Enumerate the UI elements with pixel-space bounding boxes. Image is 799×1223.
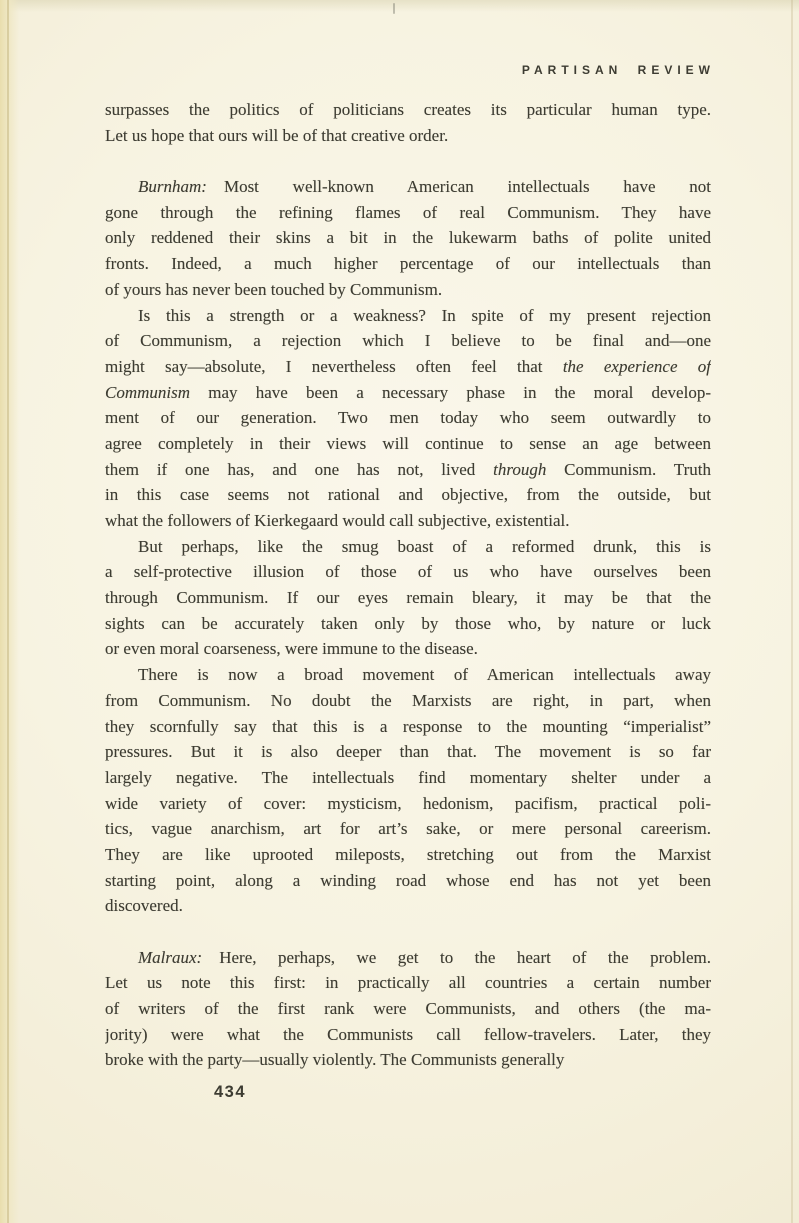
text-segment: They are like uprooted mileposts, stretc… — [105, 845, 711, 864]
text-segment: tics, vague anarchism, art for art’s sak… — [105, 819, 711, 838]
italic-text: Communism — [105, 383, 190, 402]
text-line: Communism may have been a necessary phas… — [105, 380, 711, 406]
paragraph: surpasses the politics of politicians cr… — [105, 97, 711, 148]
text-segment: Most well-known American intellectuals h… — [207, 177, 711, 196]
text-line: surpasses the politics of politicians cr… — [105, 97, 711, 123]
text-segment: jority) were what the Communists call fe… — [105, 1025, 711, 1044]
text-line: might say—absolute, I nevertheless often… — [105, 354, 711, 380]
text-segment: But perhaps, like the smug boast of a re… — [138, 537, 711, 556]
text-line: fronts. Indeed, a much higher percentage… — [105, 251, 711, 277]
page-right-edge-line — [791, 0, 793, 1223]
text-line: of Communism, a rejection which I believ… — [105, 328, 711, 354]
text-segment: they scornfully say that this is a respo… — [105, 717, 711, 736]
text-line: jority) were what the Communists call fe… — [105, 1022, 711, 1048]
text-line: Malraux: Here, perhaps, we get to the he… — [105, 945, 711, 971]
text-line: of writers of the first rank were Commun… — [105, 996, 711, 1022]
text-segment: starting point, along a winding road who… — [105, 871, 711, 890]
text-line: largely negative. The intellectuals find… — [105, 765, 711, 791]
text-segment: through Communism. If our eyes remain bl… — [105, 588, 711, 607]
text-line: agree completely in their views will con… — [105, 431, 711, 457]
text-line: But perhaps, like the smug boast of a re… — [105, 534, 711, 560]
page-left-edge-shadow — [0, 0, 19, 1223]
text-segment: in this case seems not rational and obje… — [105, 485, 711, 504]
text-segment: broke with the party—usually violently. … — [105, 1050, 564, 1069]
text-line: sights can be accurately taken only by t… — [105, 611, 711, 637]
paragraph: Burnham: Most well-known American intell… — [105, 174, 711, 302]
scan-artifact-mark — [393, 3, 395, 14]
text-segment: from Communism. No doubt the Marxists ar… — [105, 691, 711, 710]
text-line: Is this a strength or a weakness? In spi… — [105, 303, 711, 329]
text-segment: Here, perhaps, we get to the heart of th… — [202, 948, 711, 967]
text-line: gone through the refining flames of real… — [105, 200, 711, 226]
text-segment: largely negative. The intellectuals find… — [105, 768, 711, 787]
text-segment: of writers of the first rank were Commun… — [105, 999, 711, 1018]
text-segment: Let us note this first: in practically a… — [105, 973, 711, 992]
text-segment: a self-protective illusion of those of u… — [105, 562, 711, 581]
text-line: Burnham: Most well-known American intell… — [105, 174, 711, 200]
text-line: through Communism. If our eyes remain bl… — [105, 585, 711, 611]
text-line: discovered. — [105, 893, 711, 919]
text-line: them if one has, and one has not, lived … — [105, 457, 711, 483]
text-segment: Let us hope that ours will be of that cr… — [105, 126, 448, 145]
text-segment: fronts. Indeed, a much higher percentage… — [105, 254, 711, 273]
page-body-text: surpasses the politics of politicians cr… — [105, 97, 711, 1073]
text-segment: may have been a necessary phase in the m… — [190, 383, 711, 402]
text-segment: ment of our generation. Two men today wh… — [105, 408, 711, 427]
text-line: wide variety of cover: mysticism, hedoni… — [105, 791, 711, 817]
text-segment: surpasses the politics of politicians cr… — [105, 100, 711, 119]
text-line: Let us note this first: in practically a… — [105, 970, 711, 996]
text-segment: gone through the refining flames of real… — [105, 203, 711, 222]
text-segment: might say—absolute, I nevertheless often… — [105, 357, 563, 376]
text-line: from Communism. No doubt the Marxists ar… — [105, 688, 711, 714]
text-segment: them if one has, and one has not, lived — [105, 460, 493, 479]
text-line: They are like uprooted mileposts, stretc… — [105, 842, 711, 868]
italic-text: through — [493, 460, 546, 479]
paragraph: Malraux: Here, perhaps, we get to the he… — [105, 945, 711, 1073]
text-line: broke with the party—usually violently. … — [105, 1047, 711, 1073]
text-line: There is now a broad movement of America… — [105, 662, 711, 688]
speaker-name-burnham: Burnham: — [138, 177, 207, 196]
text-segment: of yours has never been touched by Commu… — [105, 280, 442, 299]
italic-text: the experience of — [563, 357, 711, 376]
text-line: Let us hope that ours will be of that cr… — [105, 123, 711, 149]
gutter-line — [7, 0, 9, 1223]
text-line: what the followers of Kierkegaard would … — [105, 508, 711, 534]
text-segment: Is this a strength or a weakness? In spi… — [138, 306, 711, 325]
text-line: only reddened their skins a bit in the l… — [105, 225, 711, 251]
text-segment: what the followers of Kierkegaard would … — [105, 511, 570, 530]
page-top-edge-shadow — [0, 0, 799, 12]
paragraph: Is this a strength or a weakness? In spi… — [105, 303, 711, 534]
text-segment: sights can be accurately taken only by t… — [105, 614, 711, 633]
book-page: PARTISAN REVIEW surpasses the politics o… — [0, 0, 799, 1223]
text-segment: only reddened their skins a bit in the l… — [105, 228, 711, 247]
text-segment: wide variety of cover: mysticism, hedoni… — [105, 794, 711, 813]
text-segment: Communism. Truth — [546, 460, 711, 479]
text-line: ment of our generation. Two men today wh… — [105, 405, 711, 431]
text-segment: or even moral coarseness, were immune to… — [105, 639, 478, 658]
text-line: they scornfully say that this is a respo… — [105, 714, 711, 740]
scanned-document: { "theme": { "paper_color": "#f7f3e1", "… — [0, 0, 799, 1223]
text-segment: of Communism, a rejection which I believ… — [105, 331, 711, 350]
text-line: pressures. But it is also deeper than th… — [105, 739, 711, 765]
paragraph: But perhaps, like the smug boast of a re… — [105, 534, 711, 662]
text-line: or even moral coarseness, were immune to… — [105, 636, 711, 662]
paragraph: There is now a broad movement of America… — [105, 662, 711, 919]
page-number: 434 — [214, 1083, 246, 1102]
text-segment: pressures. But it is also deeper than th… — [105, 742, 711, 761]
text-line: starting point, along a winding road who… — [105, 868, 711, 894]
text-segment: discovered. — [105, 896, 183, 915]
text-line: of yours has never been touched by Commu… — [105, 277, 711, 303]
text-line: tics, vague anarchism, art for art’s sak… — [105, 816, 711, 842]
text-line: a self-protective illusion of those of u… — [105, 559, 711, 585]
text-segment: agree completely in their views will con… — [105, 434, 711, 453]
running-head: PARTISAN REVIEW — [0, 63, 715, 77]
speaker-name-malraux: Malraux: — [138, 948, 202, 967]
text-segment: There is now a broad movement of America… — [138, 665, 711, 684]
text-line: in this case seems not rational and obje… — [105, 482, 711, 508]
